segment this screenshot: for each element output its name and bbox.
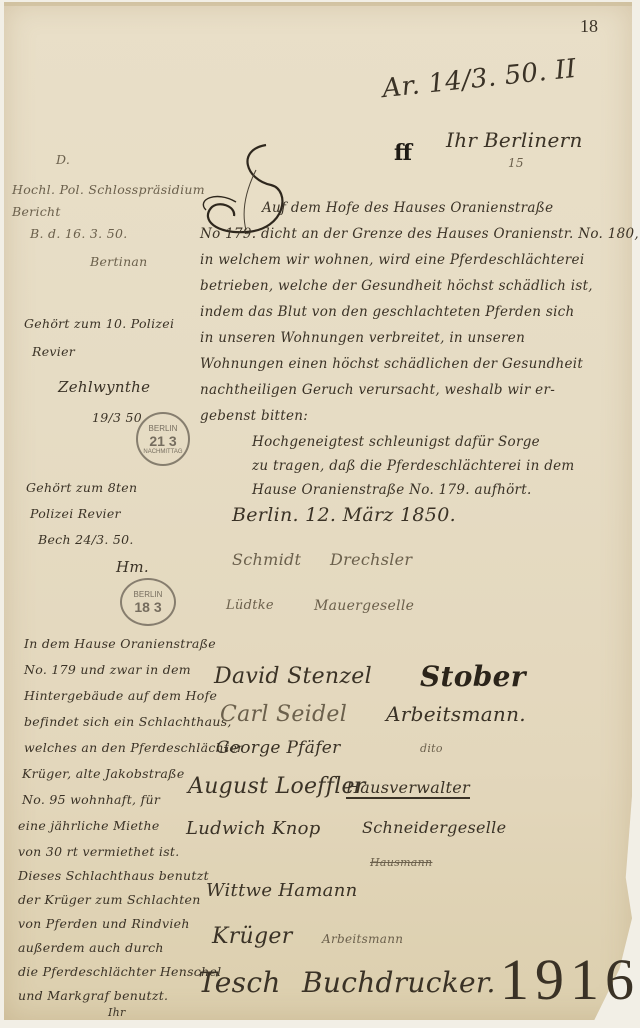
- decorative-initial-icon: [196, 140, 296, 240]
- body-line: nachtheiligen Geruch verursacht, weshalb…: [200, 382, 555, 398]
- report-line: eine jährliche Miethe: [18, 818, 160, 833]
- report-line: Dieses Schlachthaus benutzt: [18, 868, 209, 883]
- year-annotation: 1916.: [500, 946, 640, 1013]
- report-line: die Pferdeschlächter Henschel: [18, 964, 221, 979]
- report-line: von Pferden und Rindvieh: [18, 916, 190, 931]
- stamp-date: 18 3: [134, 599, 163, 615]
- signature-occupation: Buchdrucker.: [302, 966, 496, 999]
- body-line: in unseren Wohnungen verbreitet, in unse…: [200, 330, 525, 346]
- body-line: gebenst bitten:: [200, 408, 308, 424]
- report-line: No. 179 und zwar in dem: [24, 662, 191, 677]
- body-line: indem das Blut von den geschlachteten Pf…: [200, 304, 575, 320]
- signature-name: David Stenzel: [214, 664, 372, 689]
- stamp-text: NACHMITTAG: [143, 449, 182, 455]
- stamp-text: BERLIN: [134, 590, 163, 599]
- stamp-text: BERLIN: [143, 424, 182, 433]
- report-line: Ihr: [108, 1006, 126, 1019]
- ink-blot: ff: [394, 140, 412, 166]
- request-line: Hause Oranienstraße No. 179. aufhört.: [252, 482, 532, 498]
- addressee: Ihr Berlinern: [446, 128, 583, 152]
- signature-occupation: Arbeitsmann: [322, 932, 403, 946]
- postmark-stamp: BERLIN 18 3: [120, 578, 176, 626]
- signature-occupation: Hausmann: [370, 856, 432, 869]
- margin-note: Bech 24/3. 50.: [38, 532, 134, 547]
- margin-note: Hochl. Pol. Schlosspräsidium: [12, 182, 205, 197]
- body-line: No 179. dicht an der Grenze des Hauses O…: [200, 226, 639, 242]
- report-line: der Krüger zum Schlachten: [18, 892, 201, 907]
- page-number: 18: [580, 16, 598, 37]
- margin-note: Gehört zum 10. Polizei: [24, 316, 174, 331]
- signature-name: Wittwe Hamann: [206, 880, 358, 901]
- report-line: von 30 rt vermiethet ist.: [18, 844, 180, 859]
- margin-note: Bertinan: [90, 254, 148, 269]
- paper-edge: [4, 2, 632, 6]
- date-line: Berlin. 12. März 1850.: [232, 504, 456, 526]
- body-line: in welchem wir wohnen, wird eine Pferdes…: [200, 252, 584, 268]
- body-line: Auf dem Hofe des Hauses Oranienstraße: [262, 200, 553, 216]
- signature-occupation: Drechsler: [330, 550, 412, 569]
- body-line: Wohnungen einen höchst schädlichen der G…: [200, 356, 583, 372]
- report-line: befindet sich ein Schlachthaus,: [24, 714, 232, 729]
- signature-occupation: dito: [420, 742, 443, 755]
- margin-signature: Zehlwynthe: [58, 378, 150, 396]
- report-line: außerdem auch durch: [18, 940, 164, 955]
- report-line: In dem Hause Oranienstraße: [24, 636, 216, 651]
- signature-name: Carl Seidel: [220, 702, 347, 727]
- signature-name: August Loeffler: [188, 774, 366, 799]
- stamp-date: 21 3: [143, 433, 182, 449]
- report-line: welches an den Pferdeschlächter: [24, 740, 243, 755]
- signature-name: Tesch: [198, 966, 281, 999]
- addressee-sub: 15: [508, 156, 524, 170]
- margin-date: 19/3 50: [92, 410, 142, 425]
- report-line: No. 95 wohnhaft, für: [22, 792, 160, 807]
- request-line: zu tragen, daß die Pferdeschlächterei in…: [252, 458, 575, 474]
- body-line: betrieben, welche der Gesundheit höchst …: [200, 278, 593, 294]
- margin-note: B. d. 16. 3. 50.: [30, 226, 128, 241]
- margin-note: Bericht: [12, 204, 61, 219]
- signature-name: George Pfäfer: [216, 738, 341, 758]
- margin-note: D.: [56, 152, 70, 167]
- report-line: und Markgraf benutzt.: [18, 988, 168, 1003]
- signature-occupation: Schneidergeselle: [362, 818, 506, 837]
- signature-name: Stober: [420, 660, 526, 693]
- margin-initials: Hm.: [116, 558, 149, 576]
- margin-note: Gehört zum 8ten: [26, 480, 137, 495]
- signature-occupation: Arbeitsmann.: [386, 702, 526, 726]
- margin-note: Revier: [32, 344, 75, 359]
- signature-name: Lüdtke: [226, 598, 274, 613]
- signature-name: Ludwich Knop: [186, 818, 321, 839]
- signature-name: Schmidt: [232, 550, 301, 569]
- postmark-stamp: BERLIN 21 3 NACHMITTAG: [136, 412, 190, 466]
- report-line: Krüger, alte Jakobstraße: [22, 766, 185, 781]
- signature-occupation: Mauergeselle: [314, 598, 414, 614]
- report-line: Hintergebäude auf dem Hofe: [24, 688, 217, 703]
- signature-name: Krüger: [212, 924, 293, 949]
- signature-occupation: Hausverwalter: [346, 778, 470, 799]
- request-line: Hochgeneigtest schleunigst dafür Sorge: [252, 434, 540, 450]
- margin-note: Polizei Revier: [30, 506, 121, 521]
